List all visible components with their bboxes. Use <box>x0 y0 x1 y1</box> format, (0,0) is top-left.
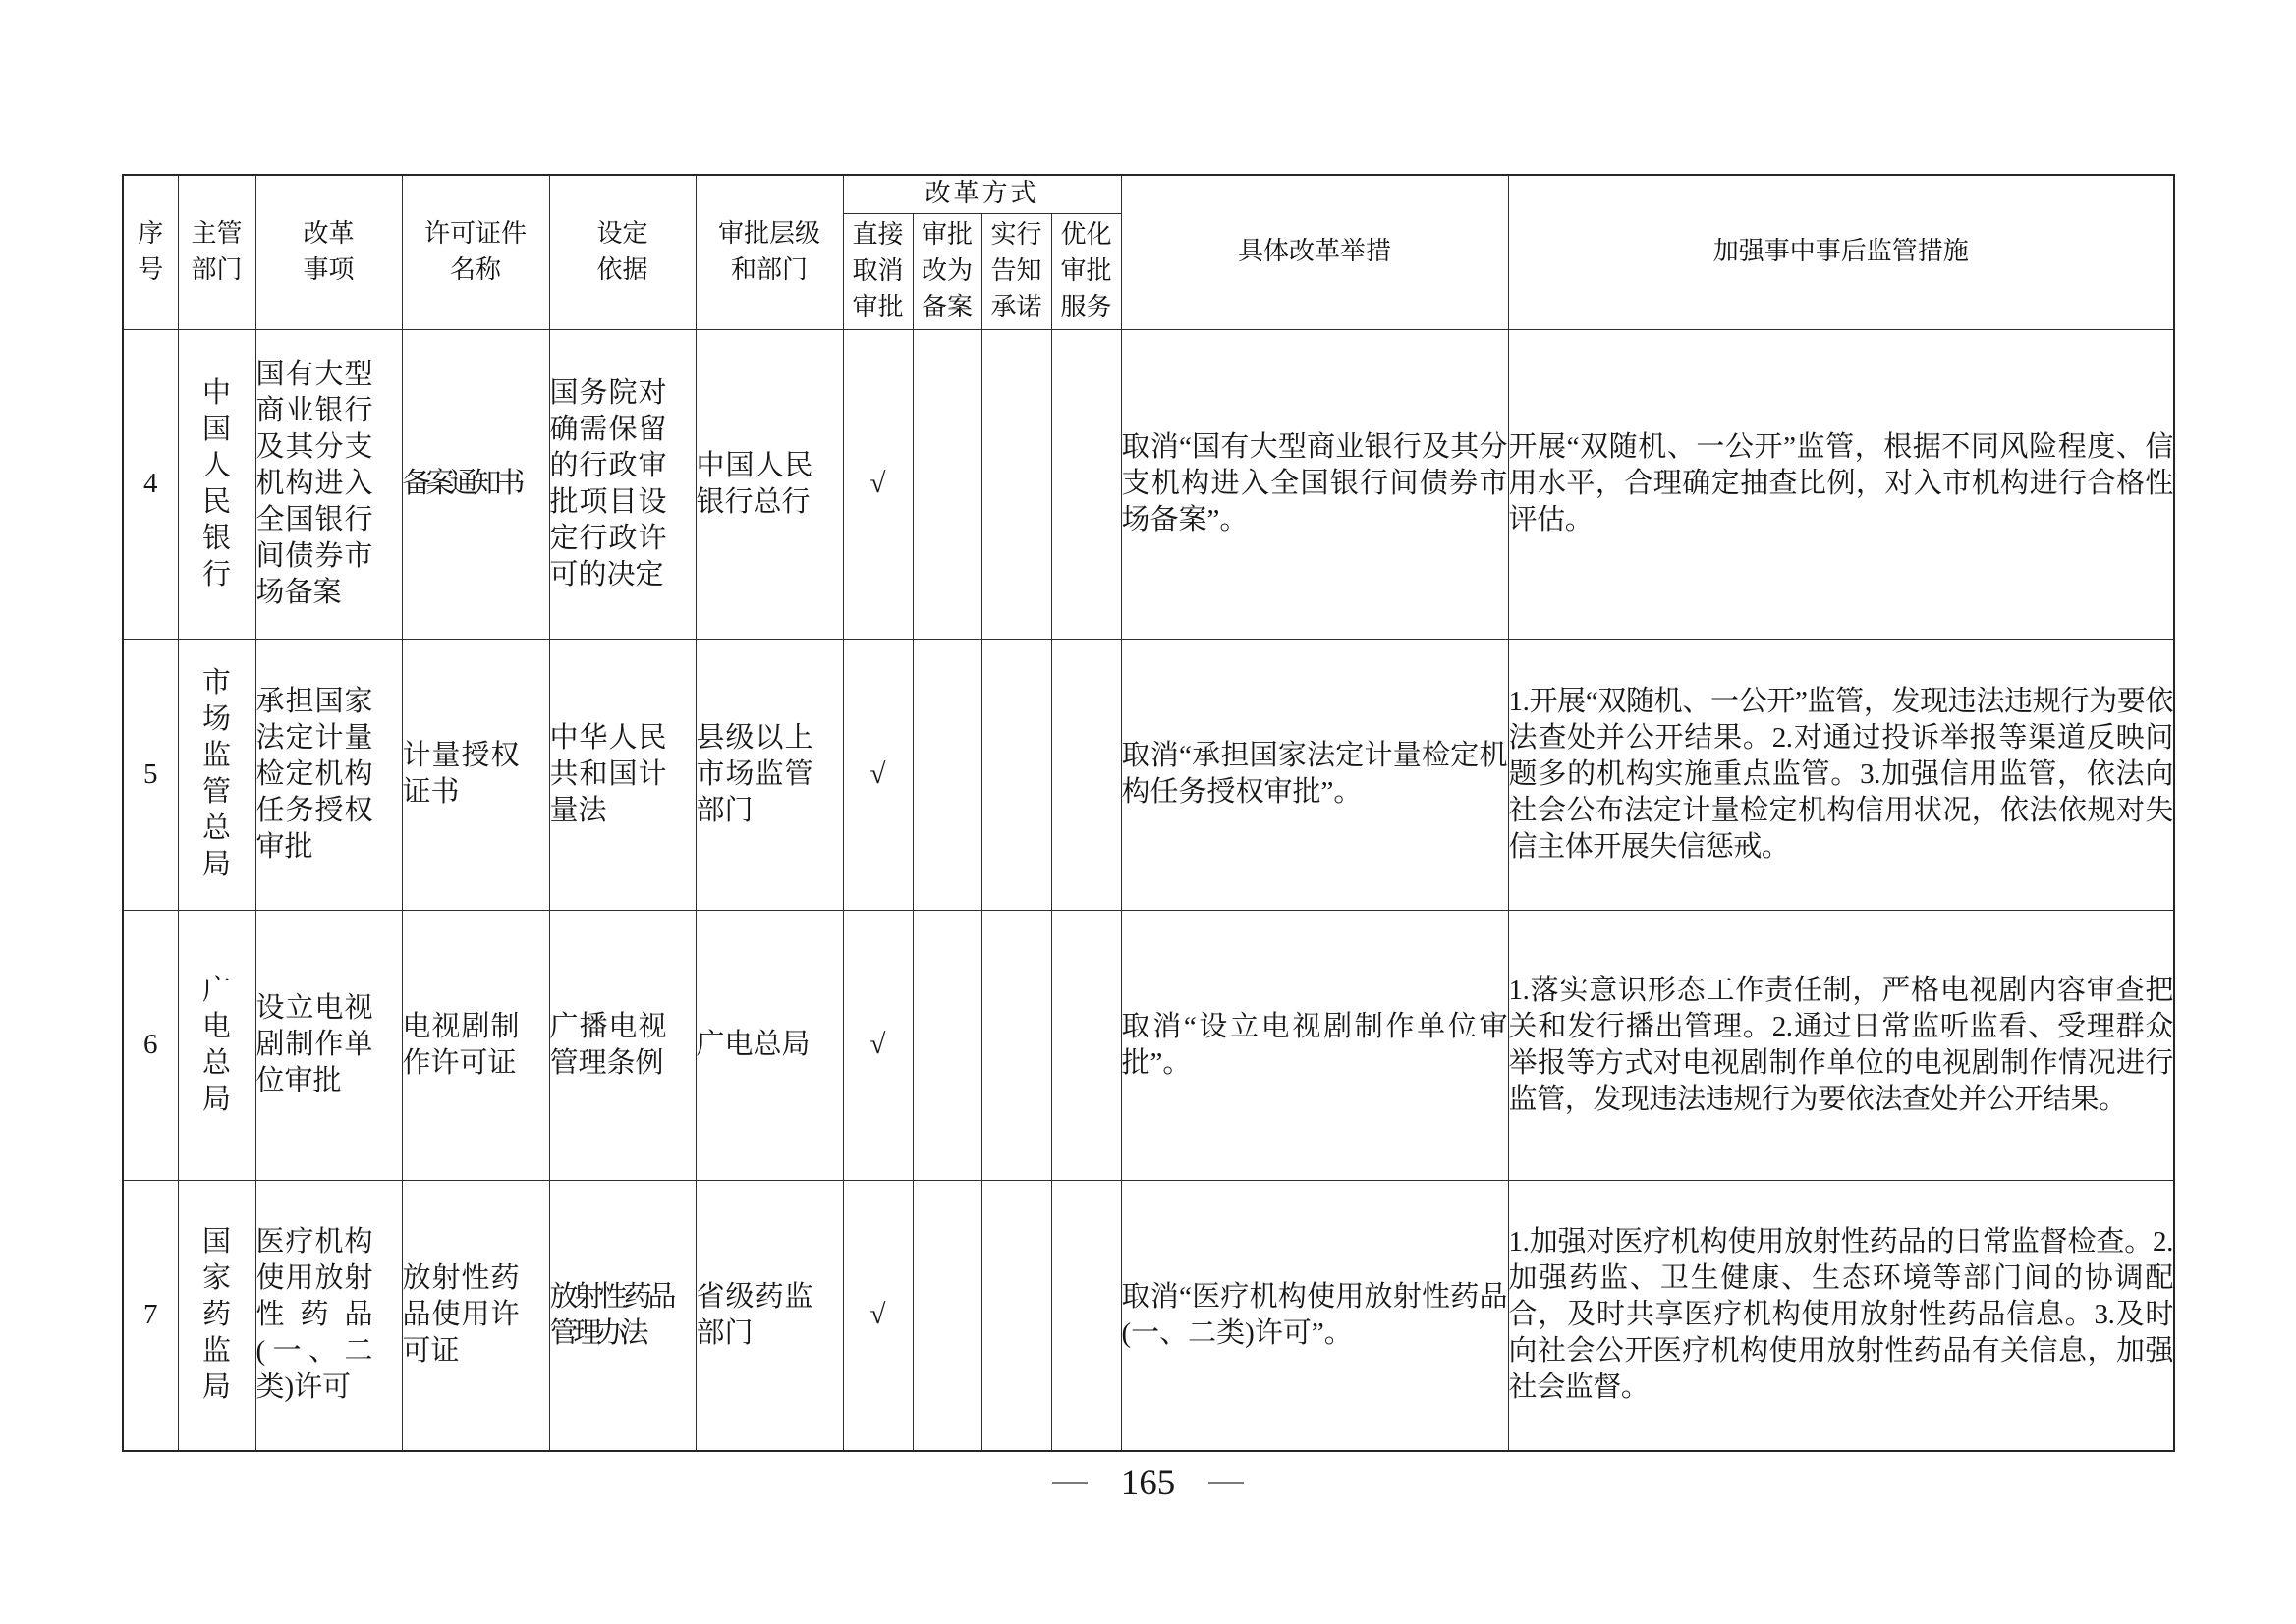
cell-measures: 取消“国有大型商业银行及其分支机构进入全国银行间债券市场备案”。 <box>1121 329 1508 639</box>
item-text: 承担国家法定计量检定机构任务授权审批 <box>256 684 373 866</box>
header-method-cancel: 直接取消审批 <box>843 213 913 329</box>
header-method-group: 改革方式 <box>843 175 1121 213</box>
check-mark-icon: √ <box>870 1299 886 1330</box>
dash-left-icon <box>1052 1482 1088 1484</box>
cell-basis: 放射性药品管理办法 <box>549 1180 696 1451</box>
measures-text: 取消“医疗机构使用放射性药品(一、二类)许可”。 <box>1122 1279 1508 1352</box>
cell-method-optimize <box>1051 639 1121 910</box>
level-text: 中国人民银行总行 <box>697 448 813 521</box>
header-basis-label: 设定依据 <box>595 216 649 289</box>
header-method-optimize-label: 优化审批服务 <box>1059 217 1113 326</box>
page-number: 165 <box>1121 1463 1176 1503</box>
dash-right-icon <box>1208 1482 1244 1484</box>
header-item-label: 改革事项 <box>302 216 356 289</box>
supervision-text: 开展“双随机、一公开”监管，根据不同风险程度、信用水平，合理确定抽查比例，对入市… <box>1509 429 2174 538</box>
cell-supervision: 1.开展“双随机、一公开”监管，发现违法违规行为要依法查处并公开结果。2.对通过… <box>1508 639 2174 910</box>
table-row: 6 广电总局 设立电视剧制作单位审批 电视剧制作许可证 广播电视管理条例 广电总… <box>123 910 2174 1180</box>
cell-method-filing <box>913 329 981 639</box>
cell-item: 医疗机构使用放射性药品(一、二类)许可 <box>255 1180 402 1451</box>
cell-method-commitment <box>981 910 1051 1180</box>
cell-method-filing <box>913 639 981 910</box>
cell-method-commitment <box>981 329 1051 639</box>
header-level-label: 审批层级和部门 <box>717 216 822 289</box>
supervision-text: 1.加强对医疗机构使用放射性药品的日常监督检查。2.加强药监、卫生健康、生态环境… <box>1509 1224 2174 1406</box>
header-license: 许可证件名称 <box>402 175 549 329</box>
cell-method-optimize <box>1051 1180 1121 1451</box>
cell-level: 中国人民银行总行 <box>696 329 843 639</box>
header-license-label: 许可证件名称 <box>423 216 529 289</box>
cell-item: 设立电视剧制作单位审批 <box>255 910 402 1180</box>
header-seq-label: 序号 <box>137 216 165 289</box>
item-text: 国有大型商业银行及其分支机构进入全国银行间债券市场备案 <box>256 357 373 611</box>
cell-license: 电视剧制作许可证 <box>402 910 549 1180</box>
cell-method-commitment <box>981 639 1051 910</box>
cell-method-optimize <box>1051 910 1121 1180</box>
cell-level: 省级药监部门 <box>696 1180 843 1451</box>
license-text: 电视剧制作许可证 <box>403 1009 520 1082</box>
cell-supervision: 1.落实意识形态工作责任制，严格电视剧内容审查把关和发行播出管理。2.通过日常监… <box>1508 910 2174 1180</box>
header-method-commitment: 实行告知承诺 <box>981 213 1051 329</box>
header-measures-label: 具体改革举措 <box>1238 237 1391 266</box>
cell-seq: 6 <box>123 910 178 1180</box>
header-seq: 序号 <box>123 175 178 329</box>
level-text: 省级药监部门 <box>697 1279 813 1352</box>
page-number-footer: 165 <box>0 1462 2296 1505</box>
supervision-text: 1.开展“双随机、一公开”监管，发现违法违规行为要依法查处并公开结果。2.对通过… <box>1509 684 2174 866</box>
header-method-filing-label: 审批改为备案 <box>921 217 975 326</box>
table-row: 4 中国人民银行 国有大型商业银行及其分支机构进入全国银行间债券市场备案 备案通… <box>123 329 2174 639</box>
header-supervision-label: 加强事中事后监管措施 <box>1713 237 1969 266</box>
check-mark-icon: √ <box>870 1029 886 1060</box>
license-text: 备案通知书 <box>403 466 525 502</box>
measures-text: 取消“设立电视剧制作单位审批”。 <box>1122 1009 1508 1082</box>
cell-dept: 中国人民银行 <box>178 329 255 639</box>
table-header: 序号 主管部门 改革事项 许可证件名称 设定依据 审批层级和部门 改革方式 具体… <box>123 175 2174 329</box>
header-row-1: 序号 主管部门 改革事项 许可证件名称 设定依据 审批层级和部门 改革方式 具体… <box>123 175 2174 213</box>
dept-text: 国家药监局 <box>201 1224 231 1406</box>
header-method-filing: 审批改为备案 <box>913 213 981 329</box>
item-text: 医疗机构使用放射性药品(一、二类)许可 <box>256 1224 373 1406</box>
dept-text: 中国人民银行 <box>201 375 231 593</box>
table-row: 5 市场监管总局 承担国家法定计量检定机构任务授权审批 计量授权证书 中华人民共… <box>123 639 2174 910</box>
header-level: 审批层级和部门 <box>696 175 843 329</box>
dept-text: 广电总局 <box>201 973 231 1118</box>
item-text: 设立电视剧制作单位审批 <box>256 990 373 1099</box>
cell-basis: 国务院对确需保留的行政审批项目设定行政许可的决定 <box>549 329 696 639</box>
cell-method-cancel: √ <box>843 329 913 639</box>
supervision-text: 1.落实意识形态工作责任制，严格电视剧内容审查把关和发行播出管理。2.通过日常监… <box>1509 973 2174 1118</box>
cell-license: 备案通知书 <box>402 329 549 639</box>
cell-supervision: 1.加强对医疗机构使用放射性药品的日常监督检查。2.加强药监、卫生健康、生态环境… <box>1508 1180 2174 1451</box>
cell-level: 县级以上市场监管部门 <box>696 639 843 910</box>
level-text: 广电总局 <box>697 1027 813 1063</box>
basis-text: 中华人民共和国计量法 <box>550 720 667 829</box>
basis-text: 放射性药品管理办法 <box>550 1279 672 1352</box>
header-method-group-label: 改革方式 <box>925 179 1039 208</box>
cell-basis: 中华人民共和国计量法 <box>549 639 696 910</box>
cell-measures: 取消“设立电视剧制作单位审批”。 <box>1121 910 1508 1180</box>
table-row: 7 国家药监局 医疗机构使用放射性药品(一、二类)许可 放射性药品使用许可证 放… <box>123 1180 2174 1451</box>
header-dept-label: 主管部门 <box>190 216 244 289</box>
cell-measures: 取消“医疗机构使用放射性药品(一、二类)许可”。 <box>1121 1180 1508 1451</box>
cell-dept: 广电总局 <box>178 910 255 1180</box>
license-text: 计量授权证书 <box>403 738 520 811</box>
header-item: 改革事项 <box>255 175 402 329</box>
header-dept: 主管部门 <box>178 175 255 329</box>
header-method-optimize: 优化审批服务 <box>1051 213 1121 329</box>
cell-supervision: 开展“双随机、一公开”监管，根据不同风险程度、信用水平，合理确定抽查比例，对入市… <box>1508 329 2174 639</box>
cell-seq: 5 <box>123 639 178 910</box>
basis-text: 国务院对确需保留的行政审批项目设定行政许可的决定 <box>550 375 667 593</box>
header-method-cancel-label: 直接取消审批 <box>851 217 905 326</box>
cell-license: 放射性药品使用许可证 <box>402 1180 549 1451</box>
license-text: 放射性药品使用许可证 <box>403 1260 520 1370</box>
cell-level: 广电总局 <box>696 910 843 1180</box>
cell-method-cancel: √ <box>843 1180 913 1451</box>
cell-method-cancel: √ <box>843 639 913 910</box>
cell-measures: 取消“承担国家法定计量检定机构任务授权审批”。 <box>1121 639 1508 910</box>
header-method-commitment-label: 实行告知承诺 <box>989 217 1043 326</box>
cell-item: 国有大型商业银行及其分支机构进入全国银行间债券市场备案 <box>255 329 402 639</box>
reform-items-table: 序号 主管部门 改革事项 许可证件名称 设定依据 审批层级和部门 改革方式 具体… <box>122 174 2175 1452</box>
cell-item: 承担国家法定计量检定机构任务授权审批 <box>255 639 402 910</box>
header-measures: 具体改革举措 <box>1121 175 1508 329</box>
cell-method-optimize <box>1051 329 1121 639</box>
header-basis: 设定依据 <box>549 175 696 329</box>
measures-text: 取消“国有大型商业银行及其分支机构进入全国银行间债券市场备案”。 <box>1122 429 1508 538</box>
cell-seq: 4 <box>123 329 178 639</box>
cell-method-filing <box>913 910 981 1180</box>
cell-license: 计量授权证书 <box>402 639 549 910</box>
document-page: 序号 主管部门 改革事项 许可证件名称 设定依据 审批层级和部门 改革方式 具体… <box>0 0 2296 1624</box>
level-text: 县级以上市场监管部门 <box>697 720 813 829</box>
cell-dept: 国家药监局 <box>178 1180 255 1451</box>
cell-dept: 市场监管总局 <box>178 639 255 910</box>
dept-text: 市场监管总局 <box>201 665 231 883</box>
basis-text: 广播电视管理条例 <box>550 1009 667 1082</box>
cell-method-cancel: √ <box>843 910 913 1180</box>
check-mark-icon: √ <box>870 758 886 790</box>
cell-method-commitment <box>981 1180 1051 1451</box>
cell-basis: 广播电视管理条例 <box>549 910 696 1180</box>
header-supervision: 加强事中事后监管措施 <box>1508 175 2174 329</box>
table-body: 4 中国人民银行 国有大型商业银行及其分支机构进入全国银行间债券市场备案 备案通… <box>123 329 2174 1451</box>
measures-text: 取消“承担国家法定计量检定机构任务授权审批”。 <box>1122 738 1508 811</box>
cell-seq: 7 <box>123 1180 178 1451</box>
check-mark-icon: √ <box>870 468 886 499</box>
cell-method-filing <box>913 1180 981 1451</box>
